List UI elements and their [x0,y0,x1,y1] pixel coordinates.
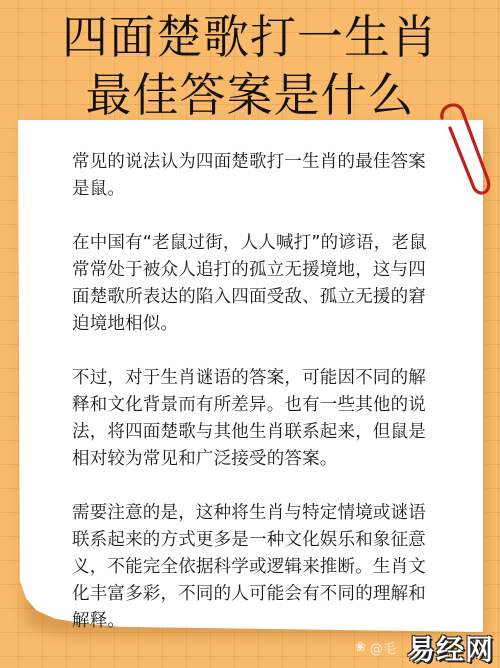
paragraph: 需要注意的是，这种将生肖与特定情境或谜语联系起来的方式更多是一种文化娱乐和象征意… [72,500,434,635]
title-line-2: 最佳答案是什么 [0,66,500,124]
paragraph: 在中国有“老鼠过街，人人喊打”的谚语，老鼠常常处于被众人追打的孤立无援境地，这与… [72,230,434,338]
watermark-handle: @毛 [370,638,396,657]
paragraph: 常见的说法认为四面楚歌打一生肖的最佳答案是鼠。 [72,149,434,203]
paw-icon: ❀ [355,640,366,655]
article-body: 常见的说法认为四面楚歌打一生肖的最佳答案是鼠。 在中国有“老鼠过街，人人喊打”的… [72,149,434,662]
watermark-brand: 易经网 [407,628,494,668]
paperclip-icon [436,100,496,200]
title-line-1: 四面楚歌打一生肖 [0,8,500,66]
watermark: ❀ @毛 易经网 [355,634,400,660]
paragraph: 不过，对于生肖谜语的答案，可能因不同的解释和文化背景而有所差异。也有一些其他的说… [72,365,434,473]
page-title: 四面楚歌打一生肖 最佳答案是什么 [0,8,500,124]
